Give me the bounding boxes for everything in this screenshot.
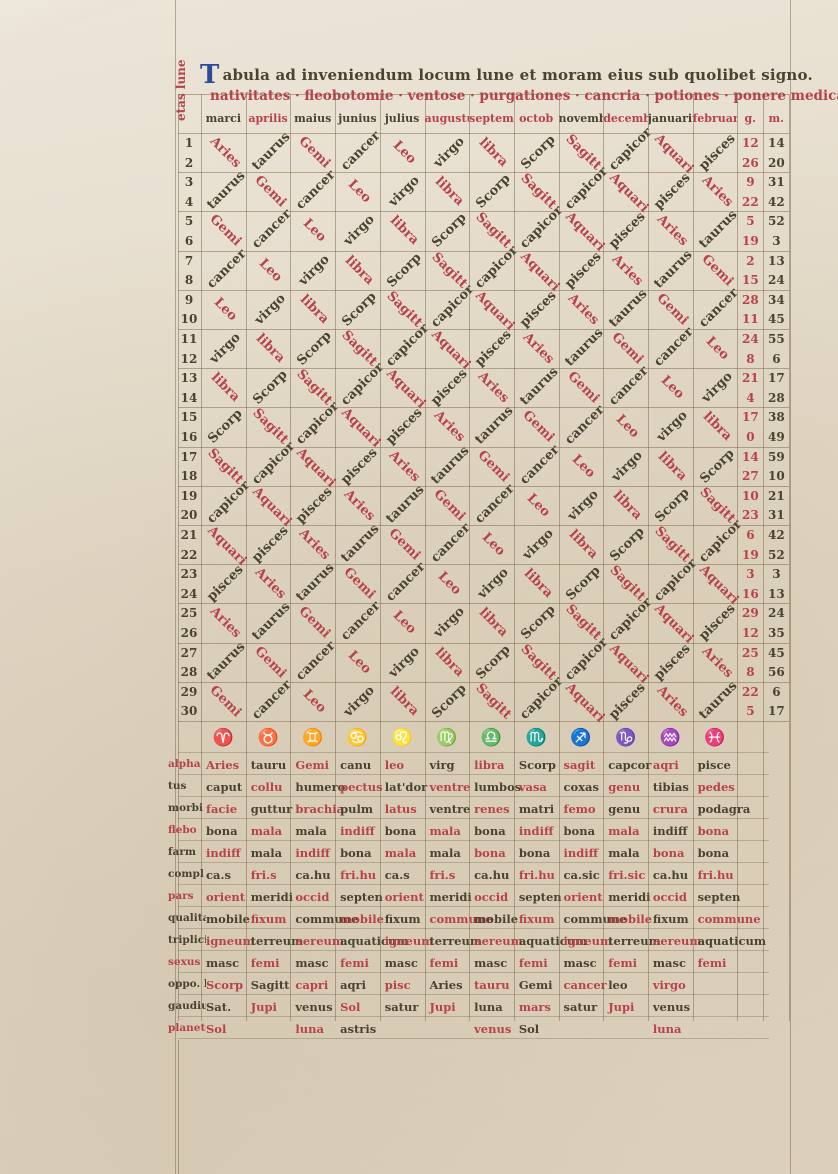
property-cell: venus xyxy=(474,1022,519,1036)
sign-entry: libra xyxy=(383,210,425,252)
day-number: 25 xyxy=(178,606,200,620)
sign-entry: Leo xyxy=(204,288,246,330)
property-cell: podagra xyxy=(698,802,743,816)
sign-entry: Aquari xyxy=(607,171,649,213)
left-margin-rule xyxy=(175,0,176,1174)
month-header: aprilis xyxy=(246,112,291,132)
minute-value: 56 xyxy=(763,665,789,679)
sign-entry: Aries xyxy=(651,680,693,722)
sign-entry: virgo xyxy=(383,641,425,683)
property-cell: Sagitt xyxy=(251,978,296,992)
property-cell: bona xyxy=(698,846,743,860)
day-number: 16 xyxy=(178,430,200,444)
property-cell: femo xyxy=(564,802,609,816)
property-cell: orient xyxy=(385,890,430,904)
sign-entry: pisces xyxy=(517,288,559,330)
property-cell: Sol xyxy=(340,1000,385,1014)
grid-row-rule xyxy=(178,290,789,291)
property-cell: septen xyxy=(340,890,385,904)
sign-entry: Gemi xyxy=(249,641,291,683)
lower-row-rule xyxy=(178,906,769,907)
property-cell: fixum xyxy=(653,912,698,926)
property-cell: guttur xyxy=(251,802,296,816)
property-cell: commune xyxy=(295,912,340,926)
property-cell: aereum xyxy=(474,934,519,948)
minute-value: 20 xyxy=(763,156,789,170)
day-number: 30 xyxy=(178,704,200,718)
grid-row-rule xyxy=(178,172,789,173)
sign-entry: Gemi xyxy=(517,406,559,448)
day-number: 3 xyxy=(178,175,200,189)
sign-entry: Scorp xyxy=(428,210,470,252)
property-cell: fri.s xyxy=(251,868,296,882)
sign-entry: capicor xyxy=(383,327,425,369)
property-cell: masc xyxy=(564,956,609,970)
sign-entry: Scorp xyxy=(562,563,604,605)
sign-entry: taurus xyxy=(204,171,246,213)
property-cell: masc xyxy=(474,956,519,970)
grid-col-rule xyxy=(789,94,790,1021)
property-cell: virg xyxy=(429,758,474,772)
degree-value: 11 xyxy=(737,312,763,326)
property-cell: masc xyxy=(653,956,698,970)
degree-value: 10 xyxy=(737,489,763,503)
property-cell: indiff xyxy=(295,846,340,860)
property-cell: ventre xyxy=(429,802,474,816)
property-cell: Aries xyxy=(429,978,474,992)
sign-entry: libra xyxy=(383,680,425,722)
sign-entry: Leo xyxy=(294,680,336,722)
grid-col-rule xyxy=(380,94,381,1021)
month-header: m. xyxy=(763,112,789,132)
property-cell: indiff xyxy=(564,846,609,860)
sign-entry: Aries xyxy=(651,210,693,252)
property-cell: lumbos xyxy=(474,780,519,794)
property-cell: leo xyxy=(608,978,653,992)
property-cell: femi xyxy=(340,956,385,970)
zodiac-symbol-icon: ♒ xyxy=(648,728,693,748)
minute-value: 6 xyxy=(763,352,789,366)
property-cell xyxy=(385,1022,430,1036)
zodiac-symbol-icon: ♈ xyxy=(201,728,246,748)
sign-entry: Gemi xyxy=(204,680,246,722)
sign-entry: pisces xyxy=(338,445,380,487)
sign-entry: Aries xyxy=(428,406,470,448)
property-cell: mala xyxy=(385,846,430,860)
sign-entry: capicor xyxy=(204,484,246,526)
property-cell xyxy=(564,1022,609,1036)
minute-value: 31 xyxy=(763,508,789,522)
property-cell: bona xyxy=(698,824,743,838)
property-cell: femi xyxy=(429,956,474,970)
property-cell xyxy=(698,1000,743,1014)
property-cell: Scorp xyxy=(206,978,251,992)
day-number: 11 xyxy=(178,332,200,346)
property-cell: aereum xyxy=(295,934,340,948)
degree-value: 12 xyxy=(737,626,763,640)
sign-entry: Aries xyxy=(294,523,336,565)
sign-entry: Gemi xyxy=(338,563,380,605)
property-cell: coxas xyxy=(564,780,609,794)
property-cell: igneum xyxy=(206,934,251,948)
sign-entry: taurus xyxy=(517,367,559,409)
property-cell: indiff xyxy=(206,846,251,860)
sign-entry: taurus xyxy=(383,484,425,526)
degree-value: 22 xyxy=(737,685,763,699)
minute-value: 24 xyxy=(763,606,789,620)
grid-col-rule xyxy=(763,94,764,1021)
title-text: abula ad inveniendum locum lune et moram… xyxy=(223,66,813,84)
degree-value: 5 xyxy=(737,704,763,718)
property-cell: fri.s xyxy=(429,868,474,882)
sign-entry: Leo xyxy=(383,131,425,173)
property-row: morbifaciegutturbrachiapulmlatusventrere… xyxy=(168,802,742,816)
property-cell xyxy=(698,978,743,992)
grid-col-rule xyxy=(246,94,247,1021)
property-cell: genu xyxy=(608,780,653,794)
property-cell: femi xyxy=(251,956,296,970)
sign-entry: libra xyxy=(294,288,336,330)
property-cell: Sol xyxy=(206,1022,251,1036)
sign-entry: Gemi xyxy=(696,249,738,291)
zodiac-symbol-icon: ♊ xyxy=(290,728,335,748)
zodiac-symbol-icon: ♍ xyxy=(424,728,469,748)
property-cell: satur xyxy=(385,1000,430,1014)
minute-value: 17 xyxy=(763,704,789,718)
property-row: farmindiffmalaindiffbonamalamalabonabona… xyxy=(168,846,742,860)
grid-col-rule xyxy=(737,94,738,1021)
sign-entry: libra xyxy=(472,131,514,173)
lower-row-rule xyxy=(178,818,769,819)
sign-entry: cancer xyxy=(249,210,291,252)
sign-entry: taurus xyxy=(249,602,291,644)
property-cell xyxy=(608,1022,653,1036)
sign-entry: capicor xyxy=(607,602,649,644)
minute-value: 35 xyxy=(763,626,789,640)
degree-value: 8 xyxy=(737,665,763,679)
grid-col-rule xyxy=(178,94,179,1021)
property-cell: ca.sic xyxy=(564,868,609,882)
sign-entry: cancer xyxy=(517,445,559,487)
degree-value: 12 xyxy=(737,136,763,150)
sign-entry: Aquari xyxy=(472,288,514,330)
day-number: 2 xyxy=(178,156,200,170)
property-cell: tibias xyxy=(653,780,698,794)
sign-entry: Aquari xyxy=(607,641,649,683)
property-cell: ca.s xyxy=(206,868,251,882)
month-header: augustus xyxy=(424,112,469,132)
property-cell: aquaticum xyxy=(340,934,385,948)
property-cell: masc xyxy=(295,956,340,970)
sign-entry: Aries xyxy=(383,445,425,487)
day-number: 28 xyxy=(178,665,200,679)
sign-entry: Aries xyxy=(696,171,738,213)
lower-row-rule xyxy=(178,884,769,885)
sign-entry: Aries xyxy=(472,367,514,409)
property-cell: orient xyxy=(206,890,251,904)
sign-entry: Aries xyxy=(204,602,246,644)
property-cell: Jupi xyxy=(608,1000,653,1014)
property-row: oppo. lib.ScorpSagittcapriaqripiscAriest… xyxy=(168,978,742,992)
degree-value: 16 xyxy=(737,587,763,601)
property-cell: orient xyxy=(564,890,609,904)
property-cell xyxy=(251,1022,296,1036)
sign-entry: cancer xyxy=(294,641,336,683)
sign-entry: Gemi xyxy=(472,445,514,487)
degree-value: 19 xyxy=(737,548,763,562)
sign-entry: Aries xyxy=(696,641,738,683)
day-number: 10 xyxy=(178,312,200,326)
zodiac-symbol-icon: ♌ xyxy=(380,728,425,748)
zodiac-symbol-icon: ♎ xyxy=(469,728,514,748)
property-cell: meridi xyxy=(251,890,296,904)
lower-row-rule xyxy=(178,796,769,797)
property-cell: bona xyxy=(474,846,519,860)
month-header: februarius xyxy=(693,112,738,132)
sign-entry: cancer xyxy=(651,327,693,369)
degree-value: 0 xyxy=(737,430,763,444)
day-number: 12 xyxy=(178,352,200,366)
property-cell: femi xyxy=(608,956,653,970)
property-row: alphaAriestauruGemicanuleovirglibraScorp… xyxy=(168,758,742,772)
sign-entry: capicor xyxy=(651,563,693,605)
day-number: 5 xyxy=(178,214,200,228)
sign-entry: capicor xyxy=(294,406,336,448)
sign-entry: virgo xyxy=(517,523,559,565)
property-cell: Sol xyxy=(519,1022,564,1036)
sign-entry: Gemi xyxy=(294,131,336,173)
property-cell: Aries xyxy=(206,758,251,772)
property-cell: fri.sic xyxy=(608,868,653,882)
grid-row-rule xyxy=(178,564,789,565)
sign-entry: capicor xyxy=(562,641,604,683)
sign-entry: Scorp xyxy=(204,406,246,448)
day-number: 26 xyxy=(178,626,200,640)
lower-row-rule xyxy=(178,1016,769,1017)
property-cell: fri.hu xyxy=(340,868,385,882)
sign-entry: pisces xyxy=(383,406,425,448)
property-cell: occid xyxy=(474,890,519,904)
property-cell: leo xyxy=(385,758,430,772)
grid-row-rule xyxy=(178,721,789,722)
property-cell: mobile xyxy=(206,912,251,926)
sign-entry: cancer xyxy=(249,680,291,722)
property-row: triplicitasigneumterreumaereumaquaticumi… xyxy=(168,934,742,948)
property-cell: commune xyxy=(564,912,609,926)
grid-row-rule xyxy=(178,368,789,369)
property-cell: mala xyxy=(295,824,340,838)
property-cell: capcor xyxy=(608,758,653,772)
minute-value: 28 xyxy=(763,391,789,405)
minute-value: 21 xyxy=(763,489,789,503)
property-cell: mobile xyxy=(474,912,519,926)
property-cell: pectus xyxy=(340,780,385,794)
zodiac-symbol-icon: ♐ xyxy=(559,728,604,748)
sign-entry: Scorp xyxy=(428,680,470,722)
sign-entry: taurus xyxy=(607,288,649,330)
sign-entry: Scorp xyxy=(607,523,649,565)
lower-row-rule xyxy=(178,862,769,863)
sign-entry: taurus xyxy=(651,249,693,291)
minute-value: 49 xyxy=(763,430,789,444)
property-row: planeteSollunaastrisvenusSolluna xyxy=(168,1022,742,1036)
month-header: septemb xyxy=(469,112,514,132)
property-cell xyxy=(429,1022,474,1036)
property-cell: mala xyxy=(608,846,653,860)
sign-entry: Leo xyxy=(383,602,425,644)
property-cell: bona xyxy=(519,846,564,860)
sign-entry: cancer xyxy=(472,484,514,526)
minute-value: 45 xyxy=(763,312,789,326)
lower-row-rule xyxy=(178,1038,769,1039)
sign-entry: Sagitt xyxy=(472,680,514,722)
property-cell: meridi xyxy=(429,890,474,904)
lower-row-rule xyxy=(178,972,769,973)
property-cell: ca.hu xyxy=(474,868,519,882)
property-cell: meridi xyxy=(608,890,653,904)
sign-entry: Gemi xyxy=(651,288,693,330)
property-cell: commune xyxy=(698,912,743,926)
property-cell: Jupi xyxy=(251,1000,296,1014)
sign-entry: virgo xyxy=(696,367,738,409)
sign-entry: virgo xyxy=(294,249,336,291)
lower-row-rule xyxy=(178,840,769,841)
sign-entry: taurus xyxy=(562,327,604,369)
sign-entry: capicor xyxy=(338,367,380,409)
month-header: novemb xyxy=(559,112,604,132)
minute-value: 52 xyxy=(763,548,789,562)
property-cell: septen xyxy=(519,890,564,904)
minute-value: 42 xyxy=(763,528,789,542)
property-cell: aqri xyxy=(653,758,698,772)
sign-entry: Leo xyxy=(472,523,514,565)
sign-entry: taurus xyxy=(294,563,336,605)
sign-entry: libra xyxy=(607,484,649,526)
minute-value: 10 xyxy=(763,469,789,483)
grid-row-rule xyxy=(178,407,789,408)
minute-value: 31 xyxy=(763,175,789,189)
day-number: 27 xyxy=(178,646,200,660)
sign-entry: capicor xyxy=(472,249,514,291)
grid-row-rule xyxy=(178,329,789,330)
degree-value: 27 xyxy=(737,469,763,483)
property-cell: igneum xyxy=(385,934,430,948)
sign-entry: libra xyxy=(428,641,470,683)
property-cell: latus xyxy=(385,802,430,816)
sign-entry: cancer xyxy=(696,288,738,330)
sign-entry: pisces xyxy=(472,327,514,369)
property-cell: mars xyxy=(519,1000,564,1014)
property-cell: caput xyxy=(206,780,251,794)
sign-entry: virgo xyxy=(651,406,693,448)
sign-entry: pisces xyxy=(607,680,649,722)
sign-entry: capicor xyxy=(517,210,559,252)
sign-entry: Gemi xyxy=(204,210,246,252)
property-cell: bona xyxy=(340,846,385,860)
degree-value: 29 xyxy=(737,606,763,620)
sign-entry: cancer xyxy=(607,367,649,409)
property-cell: fixum xyxy=(519,912,564,926)
property-row: tuscaputcolluhumeropectuslat'dorventrelu… xyxy=(168,780,742,794)
sign-entry: Aquari xyxy=(204,523,246,565)
degree-value: 5 xyxy=(737,214,763,228)
day-number: 21 xyxy=(178,528,200,542)
property-cell: sagit xyxy=(564,758,609,772)
day-number: 7 xyxy=(178,254,200,268)
minute-value: 55 xyxy=(763,332,789,346)
day-number: 8 xyxy=(178,273,200,287)
sign-entry: libra xyxy=(338,249,380,291)
sign-entry: cancer xyxy=(562,406,604,448)
sign-entry: Leo xyxy=(517,484,559,526)
sign-entry: virgo xyxy=(562,484,604,526)
minute-value: 13 xyxy=(763,254,789,268)
property-cell: pulm xyxy=(340,802,385,816)
property-cell: aquaticum xyxy=(698,934,743,948)
property-cell: luna xyxy=(295,1022,340,1036)
grid-row-rule xyxy=(178,133,789,134)
property-cell: astris xyxy=(340,1022,385,1036)
sign-entry: Leo xyxy=(651,367,693,409)
degree-value: 15 xyxy=(737,273,763,287)
lower-row-rule xyxy=(178,774,769,775)
sign-entry: pisces xyxy=(607,210,649,252)
grid-col-rule xyxy=(201,94,202,1021)
property-cell: ca.s xyxy=(385,868,430,882)
grid-row-rule xyxy=(178,251,789,252)
property-cell: genu xyxy=(608,802,653,816)
degree-value: 22 xyxy=(737,195,763,209)
property-cell: mala xyxy=(429,846,474,860)
sign-entry: Aries xyxy=(249,563,291,605)
degree-value: 2 xyxy=(737,254,763,268)
degree-value: 28 xyxy=(737,293,763,307)
page-title: Tabula ad inveniendum locum lune et mora… xyxy=(200,60,813,90)
sign-entry: virgo xyxy=(249,288,291,330)
grid-col-rule xyxy=(559,94,560,1021)
sign-entry: pisces xyxy=(294,484,336,526)
degree-value: 19 xyxy=(737,234,763,248)
degree-value: 6 xyxy=(737,528,763,542)
sign-entry: capicor xyxy=(562,171,604,213)
month-header: maius xyxy=(290,112,335,132)
sign-entry: Aquari xyxy=(294,445,336,487)
sign-entry: capicor xyxy=(517,680,559,722)
grid-row-rule xyxy=(178,447,789,448)
property-cell: libra xyxy=(474,758,519,772)
sign-entry: pisces xyxy=(249,523,291,565)
zodiac-symbol-icon: ♉ xyxy=(246,728,291,748)
sign-entry: virgo xyxy=(472,563,514,605)
grid-row-rule xyxy=(178,603,789,604)
month-header: marci xyxy=(201,112,246,132)
sign-entry: libra xyxy=(696,406,738,448)
sign-entry: virgo xyxy=(428,131,470,173)
sign-entry: cancer xyxy=(428,523,470,565)
minute-value: 6 xyxy=(763,685,789,699)
sign-entry: Scorp xyxy=(249,367,291,409)
day-number: 13 xyxy=(178,371,200,385)
sign-entry: pisces xyxy=(204,563,246,605)
degree-value: 9 xyxy=(737,175,763,189)
property-cell: canu xyxy=(340,758,385,772)
property-cell: ca.hu xyxy=(653,868,698,882)
sign-entry: pisces xyxy=(651,641,693,683)
sign-entry: Leo xyxy=(428,563,470,605)
lower-row-rule xyxy=(178,950,769,951)
degree-value: 8 xyxy=(737,352,763,366)
sign-entry: taurus xyxy=(204,641,246,683)
